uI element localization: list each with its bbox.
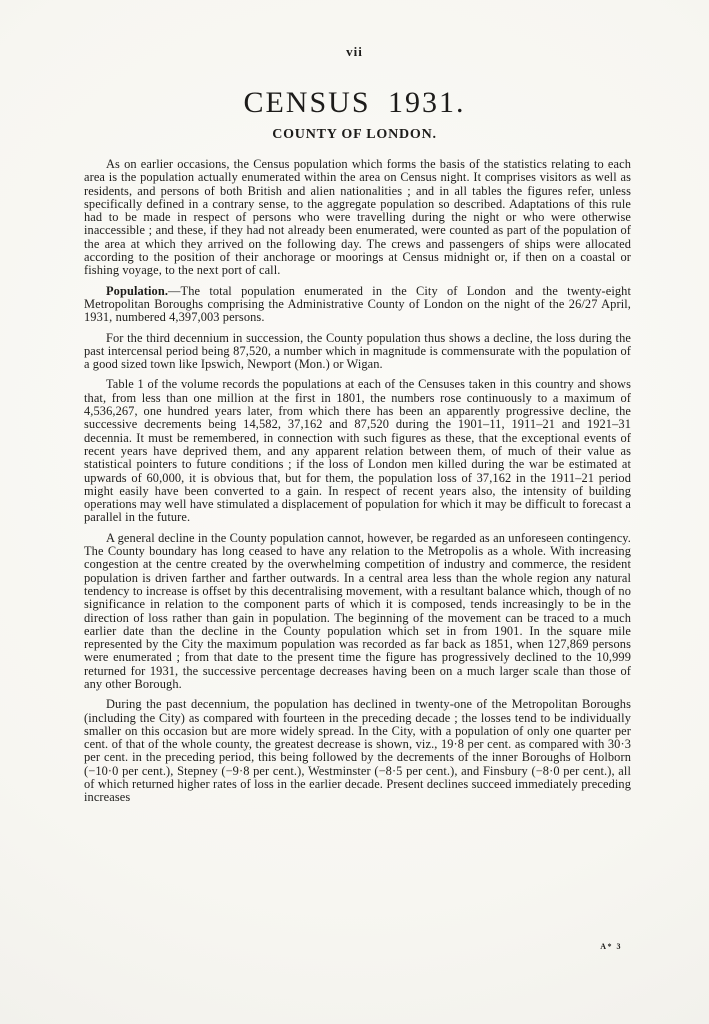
paragraph-text: A general decline in the County populati… bbox=[84, 531, 631, 691]
paragraph-text: Table 1 of the volume records the popula… bbox=[84, 377, 631, 524]
paragraph-table-1: Table 1 of the volume records the popula… bbox=[84, 378, 631, 524]
document-body: As on earlier occasions, the Census popu… bbox=[84, 158, 631, 812]
paragraph-past-decennium: During the past decennium, the populatio… bbox=[84, 698, 631, 804]
paragraph-general-decline: A general decline in the County populati… bbox=[84, 532, 631, 692]
paragraph-lead: Population. bbox=[106, 284, 168, 298]
document-subtitle: COUNTY OF LONDON. bbox=[0, 127, 709, 143]
paragraph-third-decennium: For the third decennium in succession, t… bbox=[84, 332, 631, 372]
document-page: vii CENSUS 1931. COUNTY OF LONDON. As on… bbox=[0, 0, 709, 1024]
printer-signature-mark: A* 3 bbox=[600, 942, 622, 951]
paragraph-text: For the third decennium in succession, t… bbox=[84, 331, 631, 372]
paragraph-population: Population.—The total population enumera… bbox=[84, 285, 631, 325]
paragraph-text: During the past decennium, the populatio… bbox=[84, 697, 631, 804]
paragraph-census-basis: As on earlier occasions, the Census popu… bbox=[84, 158, 631, 278]
page-number: vii bbox=[0, 44, 709, 60]
paragraph-text: As on earlier occasions, the Census popu… bbox=[84, 157, 631, 277]
document-title: CENSUS 1931. bbox=[0, 86, 709, 120]
